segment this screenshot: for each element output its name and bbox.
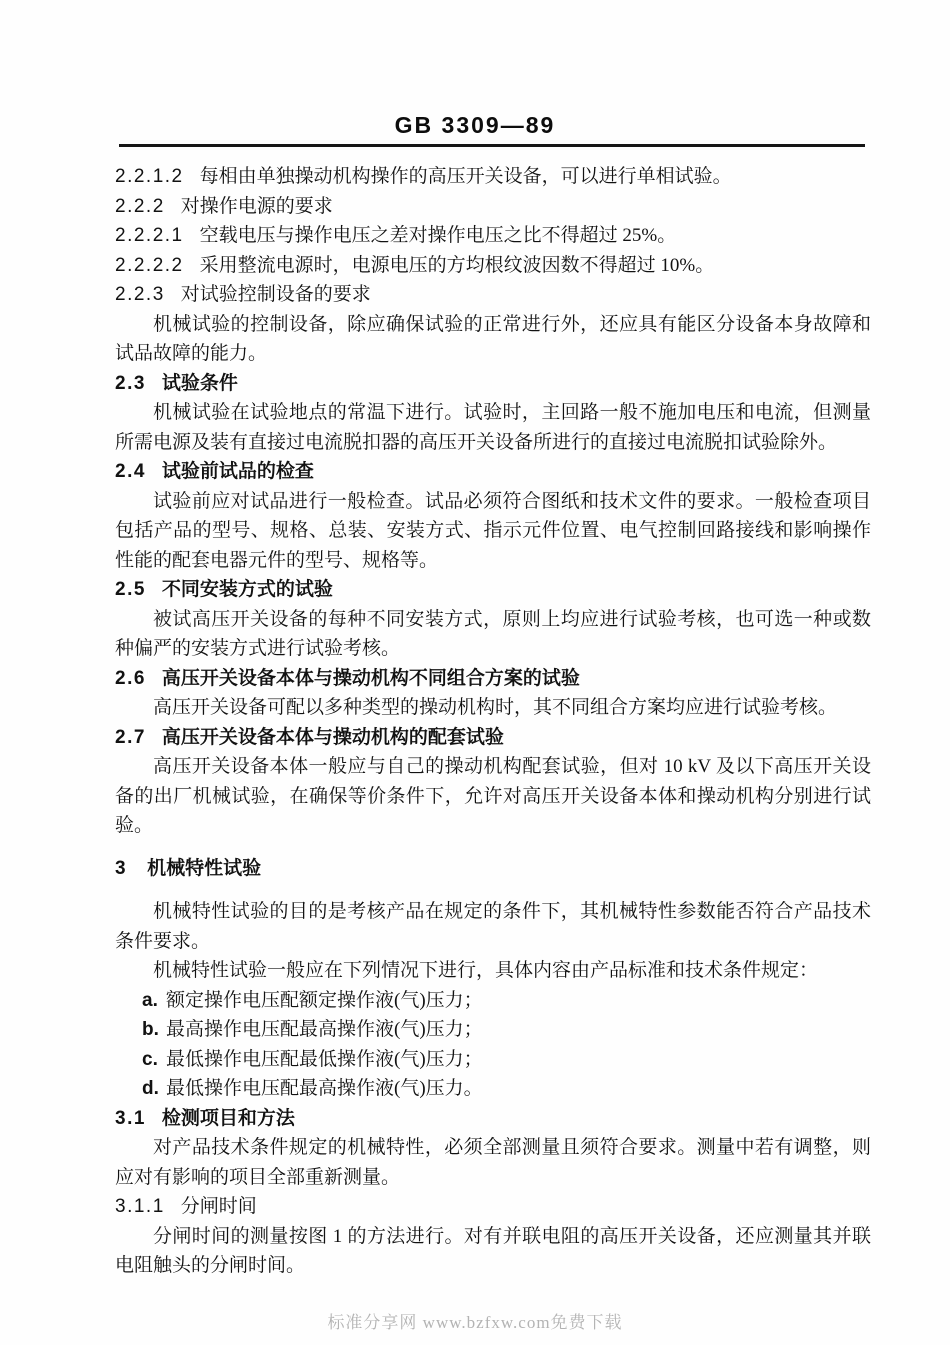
heading-text: 试验条件 <box>162 373 238 394</box>
heading-text: 高压开关设备本体与操动机构的配套试验 <box>162 727 504 748</box>
paragraph: 高压开关设备可配以多种类型的操动机构时，其不同组合方案均应进行试验考核。 <box>115 693 871 723</box>
clause-2-2-2: 2.2.2对操作电源的要求 <box>115 192 871 222</box>
heading-number: 2.7 <box>115 723 146 753</box>
clause-number: 2.2.3 <box>115 280 165 310</box>
chapter-text: 机械特性试验 <box>147 858 261 879</box>
heading-number: 2.6 <box>115 664 146 694</box>
list-text: 最低操作电压配最高操作液(气)压力。 <box>166 1078 483 1099</box>
clause-2-2-3: 2.2.3对试验控制设备的要求 <box>115 280 871 310</box>
clause-number: 2.2.2 <box>115 192 165 222</box>
heading-text: 检测项目和方法 <box>162 1108 295 1129</box>
paragraph: 试验前应对试品进行一般检查。试品必须符合图纸和技术文件的要求。一般检查项目包括产… <box>115 487 871 576</box>
paragraph: 高压开关设备本体一般应与自己的操动机构配套试验，但对 10 kV 及以下高压开关… <box>115 752 871 841</box>
clause-2-2-2-1: 2.2.2.1空载电压与操作电压之差对操作电压之比不得超过 25%。 <box>115 221 871 251</box>
list-item-a: a.额定操作电压配额定操作液(气)压力； <box>115 986 871 1016</box>
clause-2-2-1-2: 2.2.1.2每相由单独操动机构操作的高压开关设备，可以进行单相试验。 <box>115 162 871 192</box>
clause-number: 2.2.1.2 <box>115 162 184 192</box>
header-divider <box>119 144 865 147</box>
heading-number: 2.3 <box>115 369 146 399</box>
clause-text: 分闸时间 <box>181 1196 257 1217</box>
paragraph: 被试高压开关设备的每种不同安装方式，原则上均应进行试验考核，也可选一种或数种偏严… <box>115 605 871 664</box>
heading-2-7: 2.7高压开关设备本体与操动机构的配套试验 <box>115 723 871 753</box>
heading-text: 试验前试品的检查 <box>162 461 314 482</box>
clause-text: 空载电压与操作电压之差对操作电压之比不得超过 25%。 <box>200 225 677 246</box>
chapter-heading-3: 3机械特性试验 <box>115 854 871 884</box>
heading-2-5: 2.5不同安装方式的试验 <box>115 575 871 605</box>
heading-text: 高压开关设备本体与操动机构不同组合方案的试验 <box>162 668 580 689</box>
list-text: 最高操作电压配最高操作液(气)压力； <box>166 1019 483 1040</box>
heading-2-6: 2.6高压开关设备本体与操动机构不同组合方案的试验 <box>115 664 871 694</box>
clause-text: 对试验控制设备的要求 <box>181 284 371 305</box>
heading-number: 3.1 <box>115 1104 146 1134</box>
clause-number: 2.2.2.1 <box>115 221 184 251</box>
list-marker: b. <box>142 1015 166 1045</box>
document-page: GB 3309—89 2.2.1.2每相由单独操动机构操作的高压开关设备，可以进… <box>0 0 950 1345</box>
list-text: 最低操作电压配最低操作液(气)压力； <box>166 1049 483 1070</box>
list-text: 额定操作电压配额定操作液(气)压力； <box>166 990 483 1011</box>
heading-number: 2.4 <box>115 457 146 487</box>
paragraph: 机械特性试验的目的是考核产品在规定的条件下，其机械特性参数能否符合产品技术条件要… <box>115 897 871 956</box>
list-marker: a. <box>142 986 166 1016</box>
list-marker: c. <box>142 1045 166 1075</box>
heading-text: 不同安装方式的试验 <box>162 579 333 600</box>
paragraph: 机械试验的控制设备，除应确保试验的正常进行外，还应具有能区分设备本身故障和试品故… <box>115 310 871 369</box>
list-item-c: c.最低操作电压配最低操作液(气)压力； <box>115 1045 871 1075</box>
standard-number-header: GB 3309—89 <box>0 112 950 139</box>
paragraph: 分闸时间的测量按图 1 的方法进行。对有并联电阻的高压开关设备，还应测量其并联电… <box>115 1222 871 1281</box>
heading-3-1: 3.1检测项目和方法 <box>115 1104 871 1134</box>
heading-2-4: 2.4试验前试品的检查 <box>115 457 871 487</box>
clause-text: 对操作电源的要求 <box>181 196 333 217</box>
clause-text: 采用整流电源时，电源电压的方均根纹波因数不得超过 10%。 <box>200 255 715 276</box>
list-marker: d. <box>142 1074 166 1104</box>
heading-2-3: 2.3试验条件 <box>115 369 871 399</box>
clause-3-1-1: 3.1.1分闸时间 <box>115 1192 871 1222</box>
list-item-d: d.最低操作电压配最高操作液(气)压力。 <box>115 1074 871 1104</box>
paragraph: 机械试验在试验地点的常温下进行。试验时，主回路一般不施加电压和电流，但测量所需电… <box>115 398 871 457</box>
heading-number: 2.5 <box>115 575 146 605</box>
paragraph: 机械特性试验一般应在下列情况下进行，具体内容由产品标准和技术条件规定： <box>115 956 871 986</box>
watermark-text: 标准分享网 www.bzfxw.com免费下载 <box>0 1308 950 1333</box>
clause-2-2-2-2: 2.2.2.2采用整流电源时，电源电压的方均根纹波因数不得超过 10%。 <box>115 251 871 281</box>
clause-text: 每相由单独操动机构操作的高压开关设备，可以进行单相试验。 <box>200 166 732 187</box>
chapter-number: 3 <box>115 854 127 884</box>
paragraph: 对产品技术条件规定的机械特性，必须全部测量且须符合要求。测量中若有调整，则应对有… <box>115 1133 871 1192</box>
list-item-b: b.最高操作电压配最高操作液(气)压力； <box>115 1015 871 1045</box>
document-body: 2.2.1.2每相由单独操动机构操作的高压开关设备，可以进行单相试验。 2.2.… <box>115 162 871 1281</box>
clause-number: 3.1.1 <box>115 1192 165 1222</box>
clause-number: 2.2.2.2 <box>115 251 184 281</box>
